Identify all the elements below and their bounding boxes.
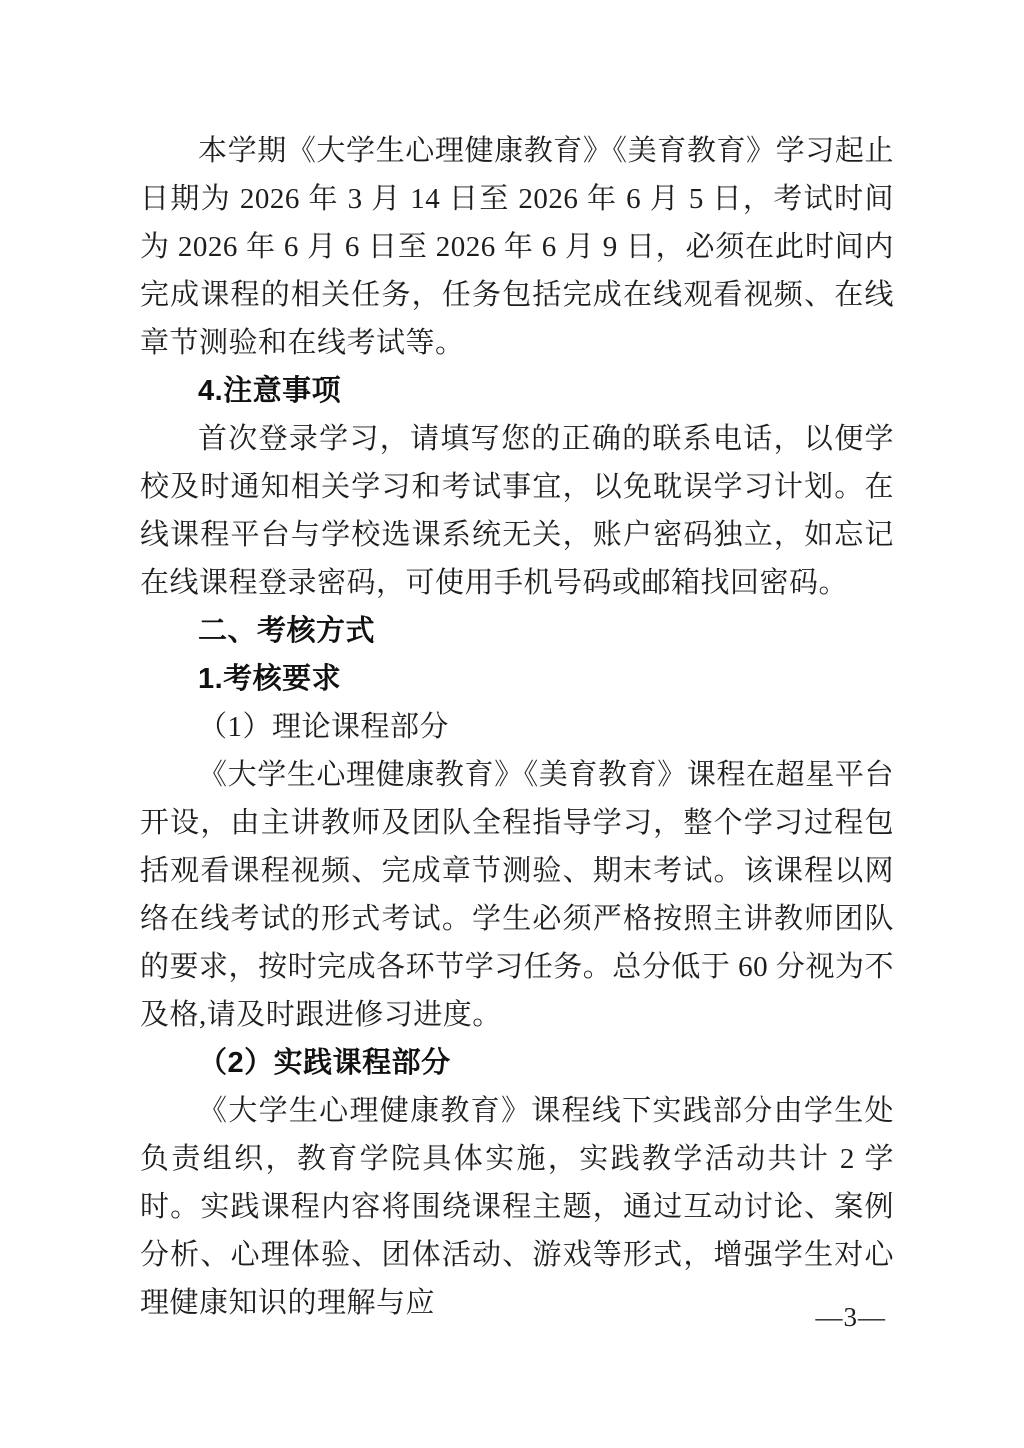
paragraph-login-notes: 首次登录学习，请填写您的正确的联系电话，以便学校及时通知相关学习和考试事宜，以免… [140,415,894,607]
paragraph-practice-course: 《大学生心理健康教育》课程线下实践部分由学生处负责组织，教育学院具体实施，实践教… [140,1087,894,1327]
document-page: 本学期《大学生心理健康教育》《美育教育》学习起止日期为 2026 年 3 月 1… [0,0,1024,1448]
heading-assessment-method: 二、考核方式 [140,607,894,655]
subheading-practice-course-part: （2）实践课程部分 [140,1039,894,1087]
page-number: —3— [816,1300,887,1334]
subheading-theory-course-part: （1）理论课程部分 [140,703,894,751]
paragraph-theory-course: 《大学生心理健康教育》《美育教育》课程在超星平台开设，由主讲教师及团队全程指导学… [140,751,894,1039]
heading-assessment-requirements: 1.考核要求 [140,655,894,703]
paragraph-semester-schedule: 本学期《大学生心理健康教育》《美育教育》学习起止日期为 2026 年 3 月 1… [140,127,894,367]
heading-notes: 4.注意事项 [140,367,894,415]
